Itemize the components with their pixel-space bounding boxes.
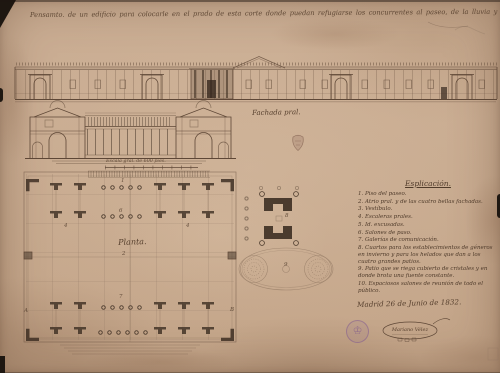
plan-marker-4: 4 [64, 223, 68, 229]
plan-marker-9: 9 [284, 262, 288, 268]
plan-marker-1: 1 [121, 178, 125, 184]
main-facade-elevation [25, 101, 236, 168]
legend-item: 8. Cuartos para los establecimientos de … [358, 245, 498, 266]
legend-item: 5. Id. excusadas. [358, 222, 498, 229]
legend-item: 7. Galerías de comunicación. [358, 237, 498, 244]
legend-block: Esplicación. 1. Piso del paseo. 2. Atrio… [358, 179, 498, 296]
scan-artifact [0, 356, 5, 373]
plan-marker-6: 6 [119, 208, 123, 214]
top-elevation [15, 57, 497, 102]
legend-item: 10. Espaciosos salones de reunión de tod… [358, 281, 498, 295]
signature-text: Mariano Vélez [388, 327, 432, 333]
plan-label: Planta. [118, 237, 147, 247]
legend-item: 1. Piso del paseo. [358, 191, 498, 198]
scan-artifact [0, 0, 500, 2]
floor-plan [24, 171, 236, 354]
legend-item: 2. Atrio pral. y de las cuatro bellas fa… [358, 199, 498, 206]
legend-item: 6. Salones de paso. [358, 230, 498, 237]
facade-principal-label: Fachada pral. [252, 108, 301, 117]
crest-sketch-icon [293, 135, 304, 150]
plan-marker-8: 8 [285, 213, 289, 219]
legend-item: 4. Escaleras prales. [358, 214, 498, 221]
plan-marker-2: 2 [122, 251, 126, 257]
plan-marker-a: A [24, 308, 28, 314]
legend-item: 9. Patio que se riega cubierto de crista… [358, 266, 498, 280]
pavilion-detail-plan [259, 186, 298, 245]
scan-artifact [0, 88, 3, 102]
parterre-sketch [239, 248, 333, 290]
scale-label: Escala gral. de 600 pies. [106, 159, 166, 164]
plan-marker-4b: 4 [186, 223, 190, 229]
plan-marker-b: B [230, 307, 234, 313]
stamp-icon: ♔ [346, 320, 369, 343]
plan-marker-7: 7 [119, 294, 123, 300]
legend-heading: Esplicación. [358, 179, 498, 188]
crown-glyph-icon: ♔ [347, 321, 368, 342]
drawing-sheet: Pensamto. de un edificio para colocarle … [0, 0, 500, 373]
legend-item: 3. Vestíbulo. [358, 206, 498, 213]
